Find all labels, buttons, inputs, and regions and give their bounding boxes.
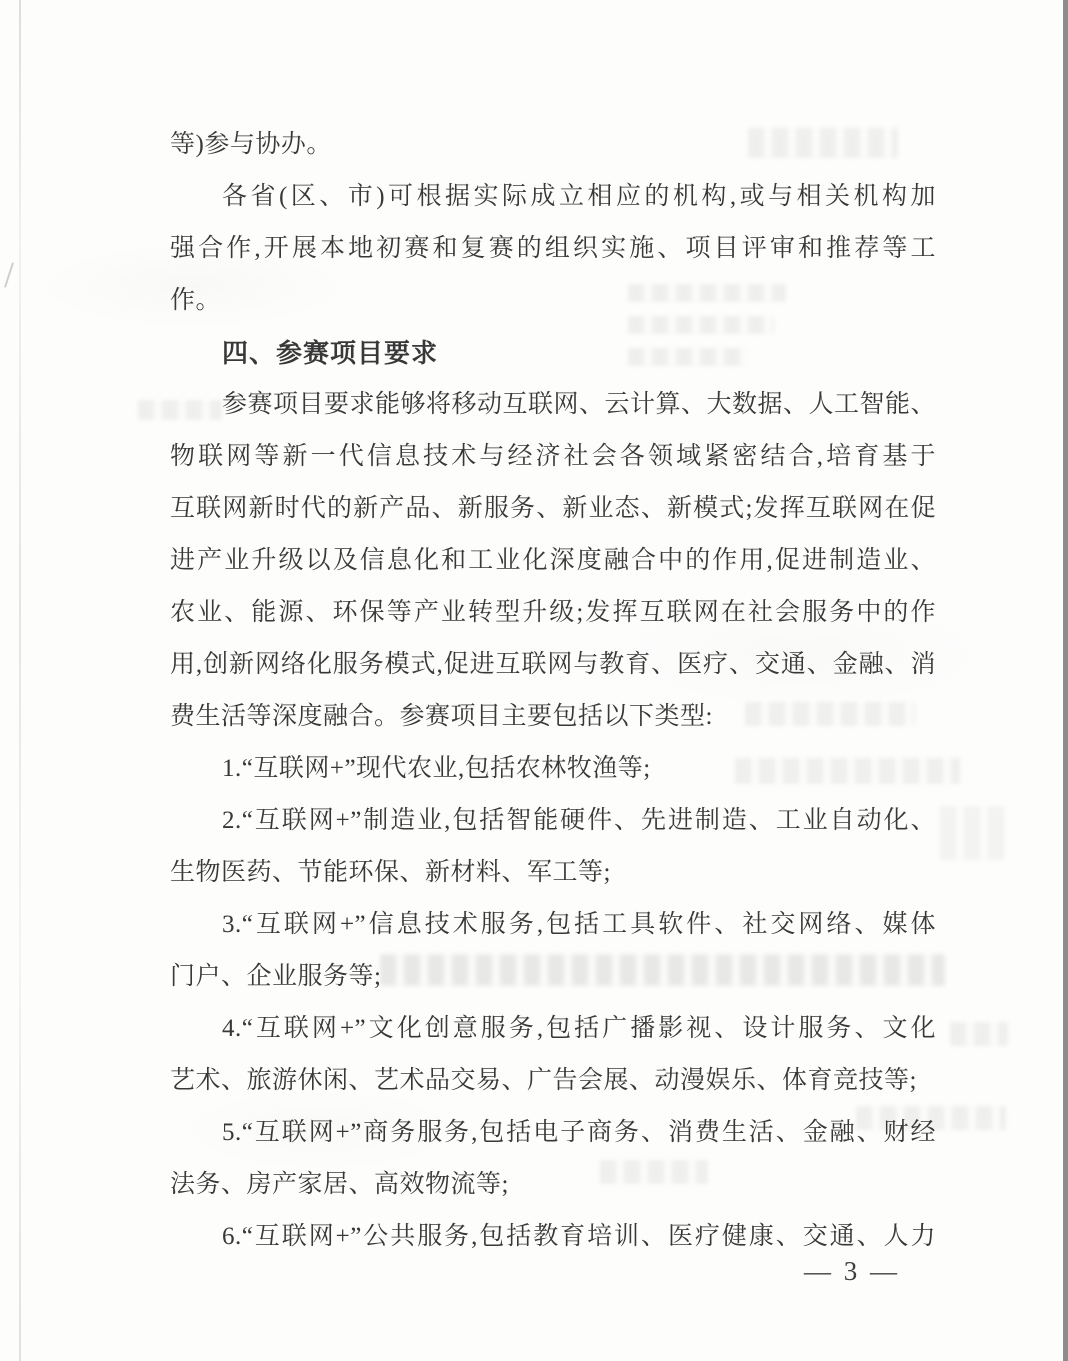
text-line: 进产业升级以及信息化和工业化深度融合中的作用,促进制造业、: [170, 535, 936, 587]
text-line: 农业、能源、环保等产业转型升级;发挥互联网在社会服务中的作: [170, 587, 936, 639]
text-line: 3.“互联网+”信息技术服务,包括工具软件、社交网络、媒体: [170, 899, 936, 951]
scanned-document-page: 等)参与协办。各省(区、市)可根据实际成立相应的机构,或与相关机构加强合作,开展…: [0, 0, 1068, 1361]
text-line: 各省(区、市)可根据实际成立相应的机构,或与相关机构加: [170, 171, 936, 223]
page-number: — 3 —: [804, 1256, 900, 1287]
text-line: 强合作,开展本地初赛和复赛的组织实施、项目评审和推荐等工: [170, 223, 936, 275]
section-heading: 四、参赛项目要求: [170, 327, 936, 379]
text-line: 艺术、旅游休闲、艺术品交易、广告会展、动漫娱乐、体育竞技等;: [170, 1055, 936, 1107]
text-line: 用,创新网络化服务模式,促进互联网与教育、医疗、交通、金融、消: [170, 639, 936, 691]
text-line: 物联网等新一代信息技术与经济社会各领域紧密结合,培育基于: [170, 431, 936, 483]
bleedthrough-mark: [950, 1022, 1008, 1046]
text-line: 法务、房产家居、高效物流等;: [170, 1159, 936, 1211]
text-line: 门户、企业服务等;: [170, 951, 936, 1003]
text-line: 互联网新时代的新产品、新服务、新业态、新模式;发挥互联网在促: [170, 483, 936, 535]
text-line: 等)参与协办。: [170, 119, 936, 171]
scan-mark: [4, 262, 14, 287]
scan-crease-line: [19, 0, 21, 1361]
text-line: 4.“互联网+”文化创意服务,包括广播影视、设计服务、文化: [170, 1003, 936, 1055]
text-line: 作。: [170, 275, 936, 327]
text-line: 5.“互联网+”商务服务,包括电子商务、消费生活、金融、财经: [170, 1107, 936, 1159]
bleedthrough-mark: [940, 806, 1006, 860]
text-body: 等)参与协办。各省(区、市)可根据实际成立相应的机构,或与相关机构加强合作,开展…: [170, 119, 936, 1263]
text-line: 生物医药、节能环保、新材料、军工等;: [170, 847, 936, 899]
text-line: 1.“互联网+”现代农业,包括农林牧渔等;: [170, 743, 936, 795]
text-line: 参赛项目要求能够将移动互联网、云计算、大数据、人工智能、: [170, 379, 936, 431]
text-line: 费生活等深度融合。参赛项目主要包括以下类型:: [170, 691, 936, 743]
text-line: 2.“互联网+”制造业,包括智能硬件、先进制造、工业自动化、: [170, 795, 936, 847]
scan-edge-shadow: [1063, 0, 1068, 1361]
